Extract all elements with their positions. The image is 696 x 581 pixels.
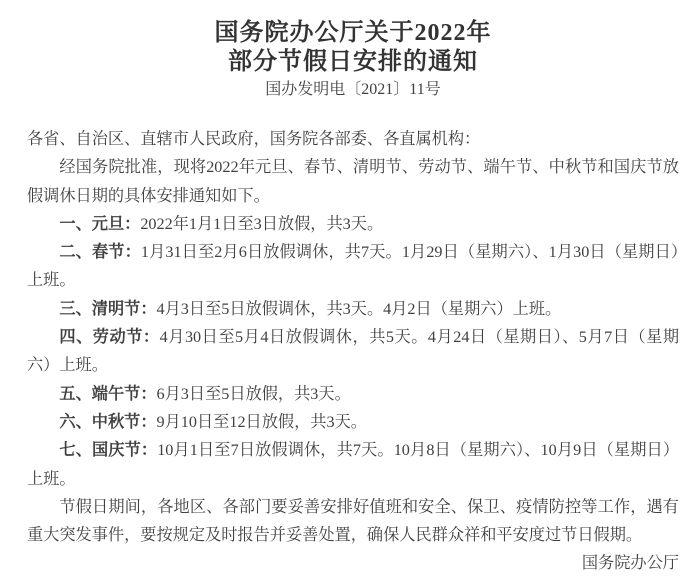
holiday-detail-new-year: 2022年1月1日至3日放假，共3天。 — [140, 215, 383, 233]
doc-number: 国办发明电〔2021〕11号 — [27, 80, 679, 99]
signature: 国务院办公厅 — [27, 549, 679, 577]
holiday-label-labor-day: 四、劳动节： — [59, 328, 159, 346]
holiday-item-national-day: 七、国庆节：10月1日至7日放假调休，共7天。10月8日（星期六）、10月9日（… — [27, 436, 679, 493]
doc-body: 各省、自治区、直辖市人民政府，国务院各部委、各直属机构： 经国务院批准，现将20… — [27, 125, 679, 578]
doc-title-line2: 部分节假日安排的通知 — [27, 48, 679, 77]
holiday-item-dragon-boat: 五、端午节：6月3日至5日放假，共3天。 — [27, 380, 679, 408]
holiday-detail-qingming: 4月3日至5日放假调休，共3天。4月2日（星期六）上班。 — [157, 300, 562, 318]
holiday-label-mid-autumn: 六、中秋节： — [59, 413, 156, 431]
holiday-detail-dragon-boat: 6月3日至5日放假，共3天。 — [157, 385, 351, 403]
salutation: 各省、自治区、直辖市人民政府，国务院各部委、各直属机构： — [27, 125, 679, 153]
holiday-label-new-year: 一、元旦： — [59, 215, 140, 233]
intro-paragraph: 经国务院批准，现将2022年元旦、春节、清明节、劳动节、端午节、中秋节和国庆节放… — [27, 153, 679, 210]
doc-title: 国务院办公厅关于2022年 部分节假日安排的通知 — [27, 19, 679, 77]
holiday-item-mid-autumn: 六、中秋节：9月10日至12日放假，共3天。 — [27, 408, 679, 436]
closing-paragraph: 节假日期间，各地区、各部门要妥善安排好值班和安全、保卫、疫情防控等工作，遇有重大… — [27, 493, 679, 550]
holiday-item-qingming: 三、清明节：4月3日至5日放假调休，共3天。4月2日（星期六）上班。 — [27, 295, 679, 323]
holiday-label-qingming: 三、清明节： — [59, 300, 156, 318]
doc-title-line1: 国务院办公厅关于2022年 — [27, 19, 679, 48]
holiday-item-labor-day: 四、劳动节：4月30日至5月4日放假调休，共5天。4月24日（星期日）、5月7日… — [27, 323, 679, 380]
holiday-label-spring-festival: 二、春节： — [59, 243, 140, 261]
holiday-item-new-year: 一、元旦：2022年1月1日至3日放假，共3天。 — [27, 210, 679, 238]
holiday-label-dragon-boat: 五、端午节： — [59, 385, 156, 403]
notice-document: 国务院办公厅关于2022年 部分节假日安排的通知 国办发明电〔2021〕11号 … — [0, 0, 696, 581]
holiday-label-national-day: 七、国庆节： — [59, 441, 157, 459]
holiday-detail-mid-autumn: 9月10日至12日放假，共3天。 — [157, 413, 367, 431]
holiday-item-spring-festival: 二、春节：1月31日至2月6日放假调休，共7天。1月29日（星期六）、1月30日… — [27, 238, 679, 295]
